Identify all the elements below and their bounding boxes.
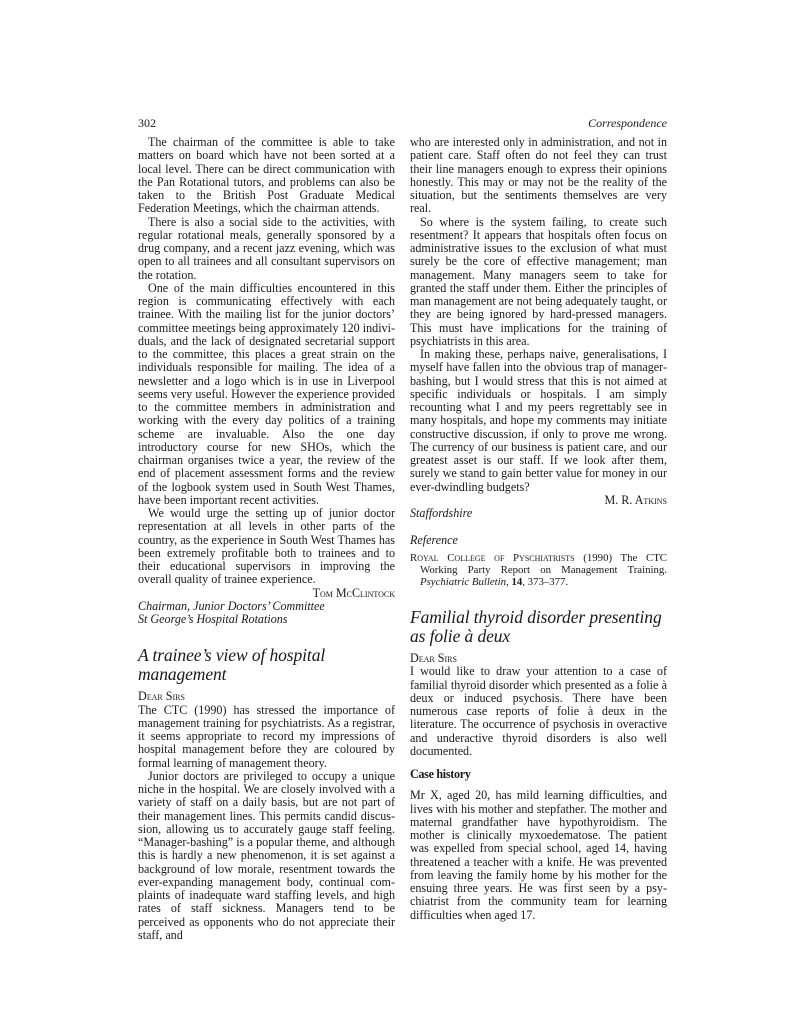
paragraph: We would urge the setting up of junior d… <box>138 507 395 587</box>
letter2-location: Staffordshire <box>410 507 667 520</box>
reference-heading: Reference <box>410 534 667 547</box>
reference-entry: Royal College of Pyschiatrists (1990) Th… <box>410 552 667 589</box>
paragraph: The CTC (1990) has stressed the importan… <box>138 704 395 770</box>
paragraph: One of the main difficulties encountered… <box>138 282 395 507</box>
affiliation-line: St George’s Hospital Rotations <box>138 613 395 626</box>
letter2-title: A trainee’s view of hospital management <box>138 646 395 684</box>
reference-volume: 14 <box>511 576 522 588</box>
reference-journal: Psychiatric Bulletin <box>420 576 506 588</box>
letter3-salutation: Dear Sirs <box>410 652 667 665</box>
left-column: The chairman of the committee is able to… <box>138 136 395 942</box>
letter2-salutation: Dear Sirs <box>138 690 395 703</box>
affiliation-line: Chairman, Junior Doctors’ Committee <box>138 600 395 613</box>
paragraph: There is also a social side to the activ… <box>138 216 395 282</box>
paragraph: I would like to draw your attention to a… <box>410 665 667 758</box>
reference-pages: , 373–377. <box>522 576 568 588</box>
page-number: 302 <box>138 116 156 131</box>
paragraph: Mr X, aged 20, has mild learning difficu… <box>410 789 667 922</box>
paragraph: Junior doctors are privileged to occupy … <box>138 770 395 942</box>
running-head: Correspondence <box>588 116 667 131</box>
paragraph: In making these, perhaps naive, generali… <box>410 348 667 494</box>
reference-authors: Royal College of Pyschiatrists <box>410 552 575 564</box>
letter3-title: Familial thyroid disorder presenting as … <box>410 608 667 646</box>
paragraph: The chairman of the committee is able to… <box>138 136 395 216</box>
letter1-signature: Tom McClintock <box>138 587 395 600</box>
paragraph: So where is the system failing, to creat… <box>410 216 667 349</box>
case-history-heading: Case history <box>410 768 667 781</box>
right-column: who are interested only in administratio… <box>410 136 667 922</box>
paragraph: who are interested only in administratio… <box>410 136 667 216</box>
letter2-signature: M. R. Atkins <box>410 494 667 507</box>
